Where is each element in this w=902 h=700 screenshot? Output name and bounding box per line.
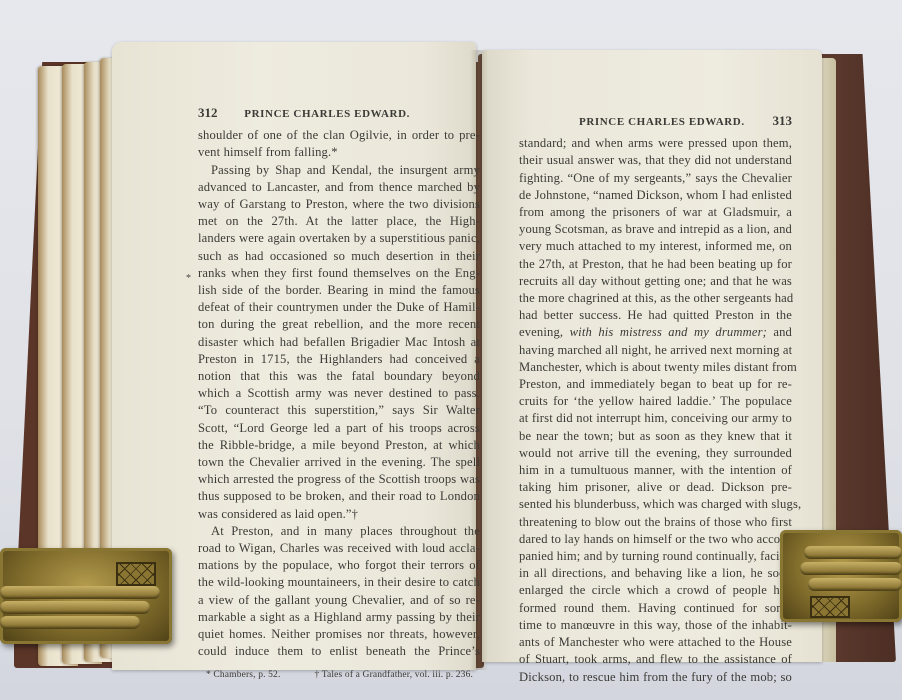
text-line: of Stuart, took arms, and flew to the as… <box>519 651 792 668</box>
text-line: panied him; and by turning round continu… <box>519 548 792 565</box>
italic-text: with his mistress and my drummer; <box>570 325 767 339</box>
right-page-text: PRINCE CHARLES EDWARD. 313 standard; and… <box>519 112 792 686</box>
text-line: having marched all night, he arrived nex… <box>519 342 792 359</box>
text-line: recruits all day without getting one; an… <box>519 273 792 290</box>
footnote: * Chambers, p. 52. <box>206 667 280 684</box>
text-line: a view of the gallant young Chevalier, a… <box>198 592 480 609</box>
text-line: threatening to blow out the brains of th… <box>519 514 792 531</box>
book-photo-scene: 312 PRINCE CHARLES EDWARD. shoulder of o… <box>0 0 902 700</box>
text-line: would not arrive till the evening, they … <box>519 445 792 462</box>
text-line: Dickson, to rescue him from the fury of … <box>519 669 792 686</box>
left-page-text: 312 PRINCE CHARLES EDWARD. shoulder of o… <box>198 104 480 684</box>
text-line: time to manœuvre in this way, those of t… <box>519 617 792 634</box>
hand-finger <box>0 586 160 599</box>
text-line: standard; and when arms were pressed upo… <box>519 135 792 152</box>
text-line: ants of Manchester who were attached to … <box>519 634 792 651</box>
text-line: evening, with his mistress and my drumme… <box>519 324 792 341</box>
text-line: Preston in 1715, the Highlanders had con… <box>198 351 480 368</box>
text-line: the 27th, at Preston, that he had been b… <box>519 256 792 273</box>
text-line: very much attached to my interest, infor… <box>519 238 792 255</box>
text-line: vent himself from falling.* <box>198 144 480 161</box>
text-line: way of Garstang to Preston, where the tw… <box>198 196 480 213</box>
footnotes: * Chambers, p. 52. † Tales of a Grandfat… <box>198 667 480 684</box>
text-line: the wild-looking mountaineers, in their … <box>198 574 480 591</box>
text-line: de Johnstone, “named Dickson, whom I had… <box>519 187 792 204</box>
text-line: advanced to Lancaster, and from thence m… <box>198 179 480 196</box>
text-line: from among the prisoners of war at Glads… <box>519 204 792 221</box>
text-line: disaster which had befallen Brigadier Ma… <box>198 334 480 351</box>
text-line: quiet homes. Neither promises nor threat… <box>198 626 480 643</box>
text-line: young Scotsman, as brave and intrepid as… <box>519 221 792 238</box>
hand-finger <box>0 601 150 614</box>
text-line: be near the town; but as soon as they kn… <box>519 428 792 445</box>
hand-cuff <box>810 596 850 618</box>
text-line: shoulder of one of the clan Ogilvie, in … <box>198 127 480 144</box>
text-line: dared to lay hands on himself or the two… <box>519 531 792 548</box>
text-line: him in a tumultuous manner, with the int… <box>519 462 792 479</box>
text-line: fighting. “One of my sergeants,” says th… <box>519 170 792 187</box>
text-line: notion that this was the fatal boundary … <box>198 368 480 385</box>
text-line: such as had occasioned so much desertion… <box>198 248 480 265</box>
text-line: defeat of their countrymen under the Duk… <box>198 299 480 316</box>
hand-finger <box>804 546 902 559</box>
text-line: the Ribble-bridge, a mile beyond Preston… <box>198 437 480 454</box>
left-running-head: 312 PRINCE CHARLES EDWARD. <box>198 104 480 123</box>
text-line: Scott, “Lord George led a part of his tr… <box>198 420 480 437</box>
text-line: taking him prisoner, alive or dead. Dick… <box>519 479 792 496</box>
running-title: PRINCE CHARLES EDWARD. <box>579 114 745 131</box>
page-number: 313 <box>773 112 793 129</box>
hand-finger <box>800 562 902 575</box>
left-body-lines: shoulder of one of the clan Ogilvie, in … <box>198 127 480 660</box>
running-title: PRINCE CHARLES EDWARD. <box>244 106 410 123</box>
text-line: cruits for ‘the yellow haired laddie.’ T… <box>519 393 792 410</box>
text-line: had better success. He had quitted Prest… <box>519 307 792 324</box>
text-line: mations by the populace, who forgot thei… <box>198 557 480 574</box>
footnote: † Tales of a Grandfather, vol. iii. p. 2… <box>314 667 473 684</box>
text-line: road to Wigan, Charles was received with… <box>198 540 480 557</box>
text-line: lish side of the border. Bearing in mind… <box>198 282 480 299</box>
text-line: Passing by Shap and Kendal, the insurgen… <box>198 162 480 179</box>
text-line: their usual answer was, that they did no… <box>519 152 792 169</box>
text-line: enlarged the circle which a crowd of peo… <box>519 582 792 599</box>
marginal-mark: * <box>186 273 191 284</box>
hand-finger <box>0 616 140 629</box>
text-line: could induce them to enlist beneath the … <box>198 643 480 660</box>
text-line: which arrested the progress of the Scott… <box>198 471 480 488</box>
text-line: markable a sight as a Highland army pass… <box>198 609 480 626</box>
text-line: was considered as laid open.”† <box>198 506 480 523</box>
text-line: town the Chevalier arrived in the evenin… <box>198 454 480 471</box>
text-line: ranks when they first found themselves o… <box>198 265 480 282</box>
text-line: sented his blunderbuss, which was charge… <box>519 496 792 513</box>
hand-finger <box>808 578 902 591</box>
right-body-lines: standard; and when arms were pressed upo… <box>519 135 792 686</box>
text-line: ton during the great rebellion, and the … <box>198 316 480 333</box>
text-line: in all directions, and behaving like a l… <box>519 565 792 582</box>
text-line: which a Scottish army was never destined… <box>198 385 480 402</box>
brass-hand-page-weight-right <box>780 530 902 622</box>
text-line: At Preston, and in many places throughou… <box>198 523 480 540</box>
text-line: “To counteract this superstition,” says … <box>198 402 480 419</box>
text-line: landers were again overtaken by a supers… <box>198 230 480 247</box>
text-line: Manchester, which is about twenty miles … <box>519 359 792 376</box>
brass-hand-page-weight-left <box>0 548 172 644</box>
text-line: the more chagrined at this, as the other… <box>519 290 792 307</box>
text-line: met on the 27th. At the latter place, th… <box>198 213 480 230</box>
right-running-head: PRINCE CHARLES EDWARD. 313 <box>519 112 792 131</box>
text-line: at first did not interrupt him, conceivi… <box>519 410 792 427</box>
hand-cuff <box>116 562 156 586</box>
text-line: formed round them. Having continued for … <box>519 600 792 617</box>
text-line: thus supposed to be broken, and their ro… <box>198 488 480 505</box>
text-line: Preston, and immediately began to beat u… <box>519 376 792 393</box>
page-number: 312 <box>198 104 218 121</box>
